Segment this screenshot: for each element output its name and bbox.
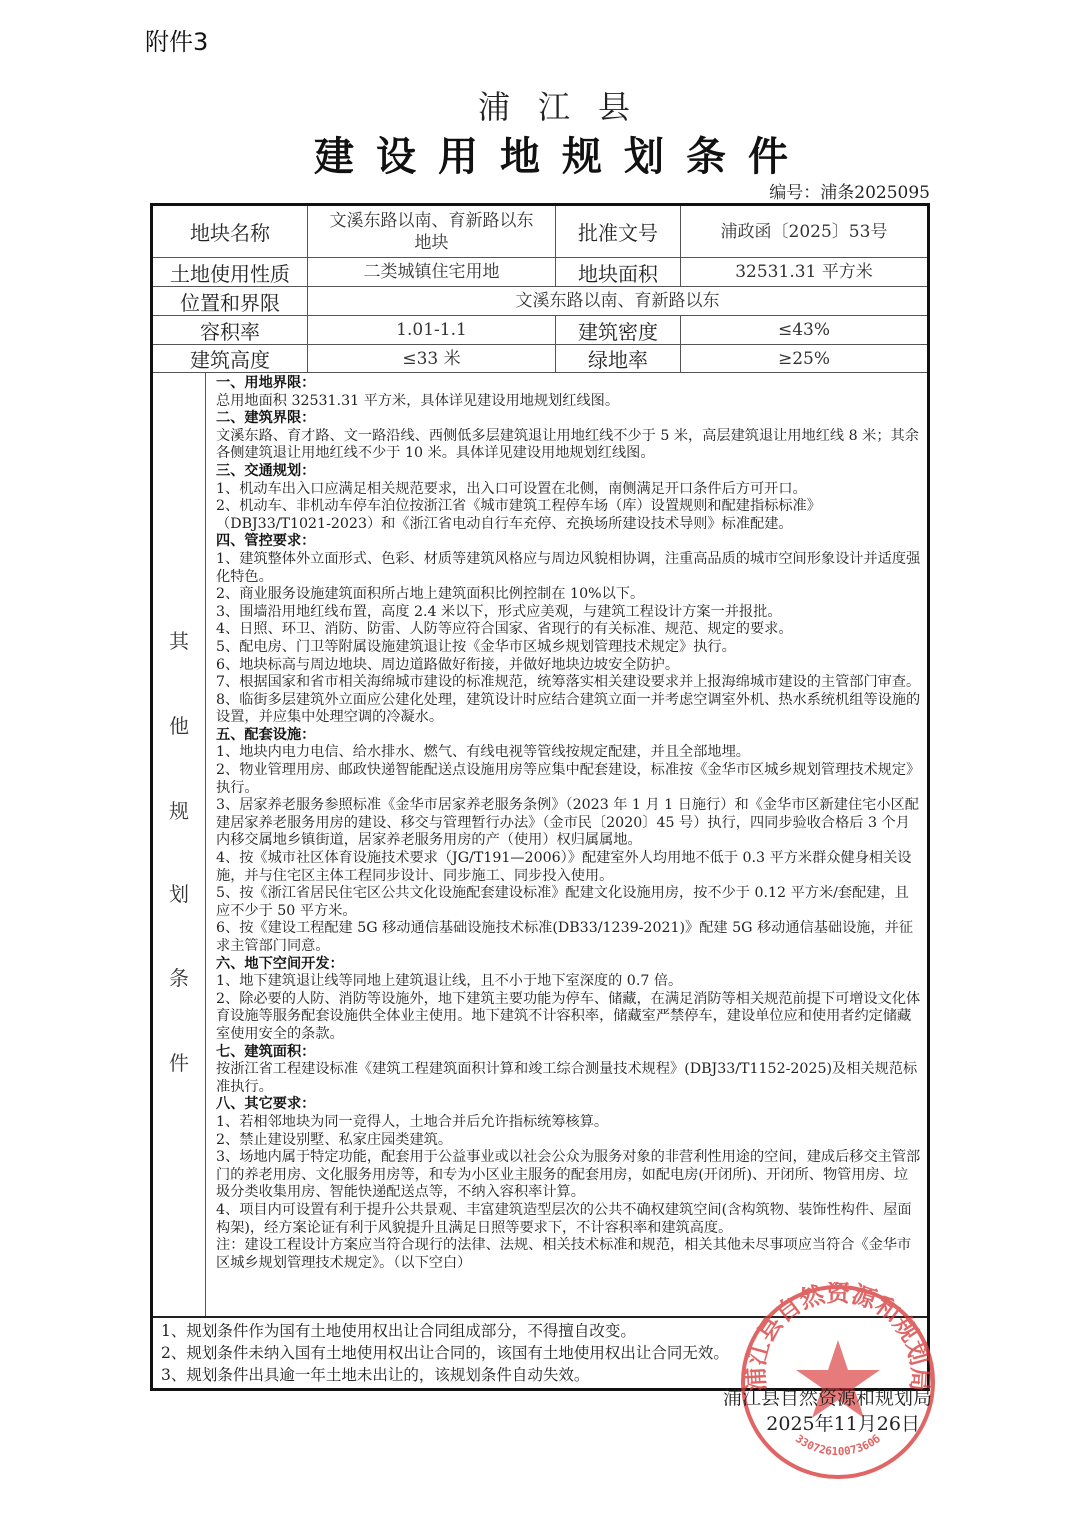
section-item: 按浙江省工程建设标准《建筑工程建筑面积计算和竣工综合测量技术规程》(DBJ33/… bbox=[216, 1061, 921, 1096]
other-conditions-row: 其 他 规 划 条 件 一、用地界限： 总用地面积 32531.31 平方米，具… bbox=[153, 373, 927, 1318]
planning-conditions-table: 地块名称 文溪东路以南、育新路以东地块 批准文号 浦政函〔2025〕53号 土地… bbox=[150, 203, 930, 1391]
section-item: 2、禁止建设别墅、私家庄园类建筑。 bbox=[216, 1132, 921, 1150]
label-location: 位置和界限 bbox=[153, 287, 308, 315]
value-plot-name: 文溪东路以南、育新路以东地块 bbox=[308, 206, 556, 257]
value-green-ratio: ≥25% bbox=[681, 345, 927, 372]
section-item: 注：建设工程设计方案应当符合现行的法律、法规、相关技术标准和规范，相关其他未尽事… bbox=[216, 1237, 921, 1272]
section-item: 3、场地内属于特定功能，配套用于公益事业或以社会公众为服务对象的非营利性用途的空… bbox=[216, 1149, 921, 1202]
row-far: 容积率 1.01-1.1 建筑密度 ≤43% bbox=[153, 316, 927, 345]
footer-note: 1、规划条件作为国有土地使用权出让合同组成部分，不得擅自改变。 bbox=[161, 1320, 919, 1342]
section-item: 1、若相邻地块为同一竞得人，土地合并后允许指标统筹核算。 bbox=[216, 1114, 921, 1132]
section-item: 5、配电房、门卫等附属设施建筑退让按《金华市区城乡规划管理技术规定》执行。 bbox=[216, 639, 921, 657]
label-land-use: 土地使用性质 bbox=[153, 258, 308, 286]
label-plot-area: 地块面积 bbox=[556, 258, 681, 286]
section-item: 文溪东路、育才路、文一路沿线、西侧低多层建筑退让用地红线不少于 5 米，高层建筑… bbox=[216, 428, 921, 463]
vertical-label-char: 件 bbox=[153, 1047, 205, 1076]
title-county: 浦江县 bbox=[0, 82, 1080, 128]
section-heading: 四、管控要求： bbox=[216, 533, 921, 551]
row-location: 位置和界限 文溪东路以南、育新路以东 bbox=[153, 287, 927, 316]
section-heading: 三、交通规划： bbox=[216, 463, 921, 481]
section-heading: 五、配套设施： bbox=[216, 727, 921, 745]
document-number: 编号：浦条2025095 bbox=[769, 178, 930, 203]
label-approval-no: 批准文号 bbox=[556, 206, 681, 257]
signature-block: 浦江县自然资源和规划局 2025年11月26日 bbox=[723, 1385, 932, 1437]
section-item: 1、建筑整体外立面形式、色彩、材质等建筑风格应与周边风貌相协调，注重高品质的城市… bbox=[216, 551, 921, 586]
section-item: 2、机动车、非机动车停车泊位按浙江省《城市建筑工程停车场（库）设置规则和配建指标… bbox=[216, 498, 921, 533]
other-conditions-label: 其 他 规 划 条 件 bbox=[153, 373, 206, 1316]
value-building-density: ≤43% bbox=[681, 316, 927, 344]
section-item: 8、临街多层建筑外立面应公建化处理，建筑设计时应结合建筑立面一并考虑空调室外机、… bbox=[216, 692, 921, 727]
value-approval-no: 浦政函〔2025〕53号 bbox=[681, 206, 927, 257]
label-green-ratio: 绿地率 bbox=[556, 345, 681, 372]
page-title: 建设用地规划条件 bbox=[0, 125, 1080, 182]
vertical-label-char: 条 bbox=[153, 962, 205, 991]
section-item: 4、项目内可设置有利于提升公共景观、丰富建筑造型层次的公共不确权建筑空间(含构筑… bbox=[216, 1202, 921, 1237]
footer-note: 3、规划条件出具逾一年土地未出让的，该规划条件自动失效。 bbox=[161, 1364, 919, 1386]
section-item: 6、按《建设工程配建 5G 移动通信基础设施技术标准(DB33/1239-202… bbox=[216, 920, 921, 955]
section-heading: 七、建筑面积： bbox=[216, 1044, 921, 1062]
section-item: 1、机动车出入口应满足相关规范要求，出入口可设置在北侧，南侧满足开口条件后方可开… bbox=[216, 481, 921, 499]
label-floor-area-ratio: 容积率 bbox=[153, 316, 308, 344]
issuing-authority: 浦江县自然资源和规划局 bbox=[723, 1385, 932, 1411]
section-item: 4、日照、环卫、消防、防雷、人防等应符合国家、省现行的有关标准、规范、规定的要求… bbox=[216, 621, 921, 639]
value-plot-area: 32531.31 平方米 bbox=[681, 258, 927, 286]
value-location: 文溪东路以南、育新路以东 bbox=[308, 287, 927, 315]
section-item: 3、居家养老服务参照标准《金华市居家养老服务条例》（2023 年 1 月 1 日… bbox=[216, 797, 921, 850]
vertical-label-char: 他 bbox=[153, 710, 205, 739]
section-heading: 二、建筑界限： bbox=[216, 410, 921, 428]
section-item: 1、地块内电力电信、给水排水、燃气、有线电视等管线按规定配建，并且全部地埋。 bbox=[216, 744, 921, 762]
section-item: 2、物业管理用房、邮政快递智能配送点设施用房等应集中配套建设，标准按《金华市区城… bbox=[216, 762, 921, 797]
label-plot-name: 地块名称 bbox=[153, 206, 308, 257]
row-height: 建筑高度 ≤33 米 绿地率 ≥25% bbox=[153, 345, 927, 373]
section-item: 4、按《城市社区体育设施技术要求（JG/T191—2006）》配建室外人均用地不… bbox=[216, 850, 921, 885]
value-building-height: ≤33 米 bbox=[308, 345, 556, 372]
section-item: 7、根据国家和省市相关海绵城市建设的标准规范，统筹落实相关建设要求并上报海绵城市… bbox=[216, 674, 921, 692]
section-item: 3、围墙沿用地红线布置，高度 2.4 米以下，形式应美观，与建筑工程设计方案一并… bbox=[216, 604, 921, 622]
row-land-use: 土地使用性质 二类城镇住宅用地 地块面积 32531.31 平方米 bbox=[153, 258, 927, 287]
section-item: 1、地下建筑退让线等同地上建筑退让线，且不小于地下室深度的 0.7 倍。 bbox=[216, 973, 921, 991]
vertical-label-char: 规 bbox=[153, 795, 205, 824]
value-floor-area-ratio: 1.01-1.1 bbox=[308, 316, 556, 344]
footer-note: 2、规划条件未纳入国有土地使用权出让合同的，该国有土地使用权出让合同无效。 bbox=[161, 1342, 919, 1364]
section-heading: 八、其它要求： bbox=[216, 1096, 921, 1114]
row-plot-name: 地块名称 文溪东路以南、育新路以东地块 批准文号 浦政函〔2025〕53号 bbox=[153, 206, 927, 258]
section-item: 6、地块标高与周边地块、周边道路做好衔接，并做好地块边坡安全防护。 bbox=[216, 657, 921, 675]
section-item: 2、商业服务设施建筑面积所占地上建筑面积比例控制在 10%以下。 bbox=[216, 586, 921, 604]
vertical-label-char: 划 bbox=[153, 878, 205, 907]
section-item: 5、按《浙江省居民住宅区公共文化设施配套建设标准》配建文化设施用房，按不少于 0… bbox=[216, 885, 921, 920]
other-conditions-content: 一、用地界限： 总用地面积 32531.31 平方米，具体详见建设用地规划红线图… bbox=[206, 373, 927, 1316]
label-building-density: 建筑密度 bbox=[556, 316, 681, 344]
label-building-height: 建筑高度 bbox=[153, 345, 308, 372]
footer-notes: 1、规划条件作为国有土地使用权出让合同组成部分，不得擅自改变。 2、规划条件未纳… bbox=[153, 1318, 927, 1388]
value-land-use: 二类城镇住宅用地 bbox=[308, 258, 556, 286]
vertical-label-char: 其 bbox=[153, 625, 205, 654]
section-item: 总用地面积 32531.31 平方米，具体详见建设用地规划红线图。 bbox=[216, 393, 921, 411]
attachment-label: 附件3 bbox=[145, 22, 208, 57]
issue-date: 2025年11月26日 bbox=[723, 1411, 932, 1437]
section-item: 2、除必要的人防、消防等设施外，地下建筑主要功能为停车、储藏，在满足消防等相关规… bbox=[216, 991, 921, 1044]
section-heading: 一、用地界限： bbox=[216, 375, 921, 393]
section-heading: 六、地下空间开发： bbox=[216, 956, 921, 974]
